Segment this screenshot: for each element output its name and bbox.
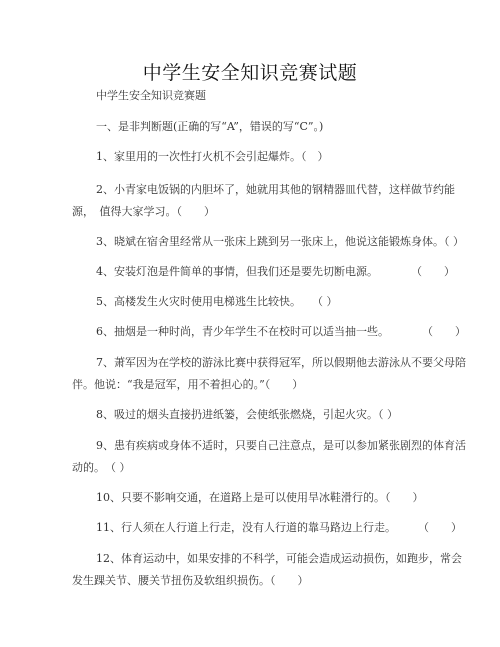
question-7-line1: 7、萧军因为在学校的游泳比赛中获得冠军，所以假期他去游泳从不要父母陪 — [96, 354, 466, 370]
document-page: 中学生安全知识竞赛试题 中学生安全知识竞赛题 一、是非判断题(正确的写“A”，错… — [0, 0, 500, 647]
section-heading: 一、是非判断题(正确的写“A”，错误的写“C”。) — [96, 118, 323, 134]
question-5: 5、高楼发生火灾时使用电梯逃生比较快。 （ ） — [96, 293, 338, 309]
question-2-line2: 源， 值得大家学习。（ ） — [72, 203, 215, 219]
question-4: 4、安装灯泡是件简单的事情，但我们还是要先切断电源。 （ ） — [96, 263, 455, 279]
question-3: 3、晓斌在宿舍里经常从一张床上跳到另一张床上，他说这能锻炼身体。（ ） — [96, 233, 464, 249]
document-subtitle: 中学生安全知识竞赛题 — [96, 87, 206, 103]
question-2-line1: 2、小青家电饭锅的内胆坏了，她就用其他的钢精器皿代替，这样做节约能 — [96, 181, 455, 197]
document-title: 中学生安全知识竞赛试题 — [0, 58, 500, 85]
question-6: 6、抽烟是一种时尚，青少年学生不在校时可以适当抽一些。 （ ） — [96, 323, 466, 339]
question-1: 1、家里用的一次性打火机不会引起爆炸。（ ） — [96, 148, 329, 164]
question-9-line1: 9、患有疾病或身体不适时，只要自己注意点，是可以参加紧张剧烈的体育活 — [96, 437, 466, 453]
question-7-line2: 伴。他说：“我是冠军，用不着担心的。”（ ） — [72, 376, 303, 392]
question-12-line1: 12、体育运动中，如果安排的不科学，可能会造成运动损伤，如跑步，常会 — [96, 550, 462, 566]
question-11: 11、行人须在人行道上行走，没有人行道的靠马路边上行走。 （ ） — [96, 519, 462, 535]
question-10: 10、只要不影响交通，在道路上是可以使用旱冰鞋滑行的。（ ） — [96, 489, 424, 505]
question-9-line2: 动的。 （ ） — [72, 459, 131, 475]
question-8: 8、吸过的烟头直接扔进纸篓，会使纸张燃烧，引起火灾。（ ） — [96, 406, 398, 422]
question-12-line2: 发生踝关节、腰关节扭伤及软组织损伤。（ ） — [72, 572, 309, 588]
